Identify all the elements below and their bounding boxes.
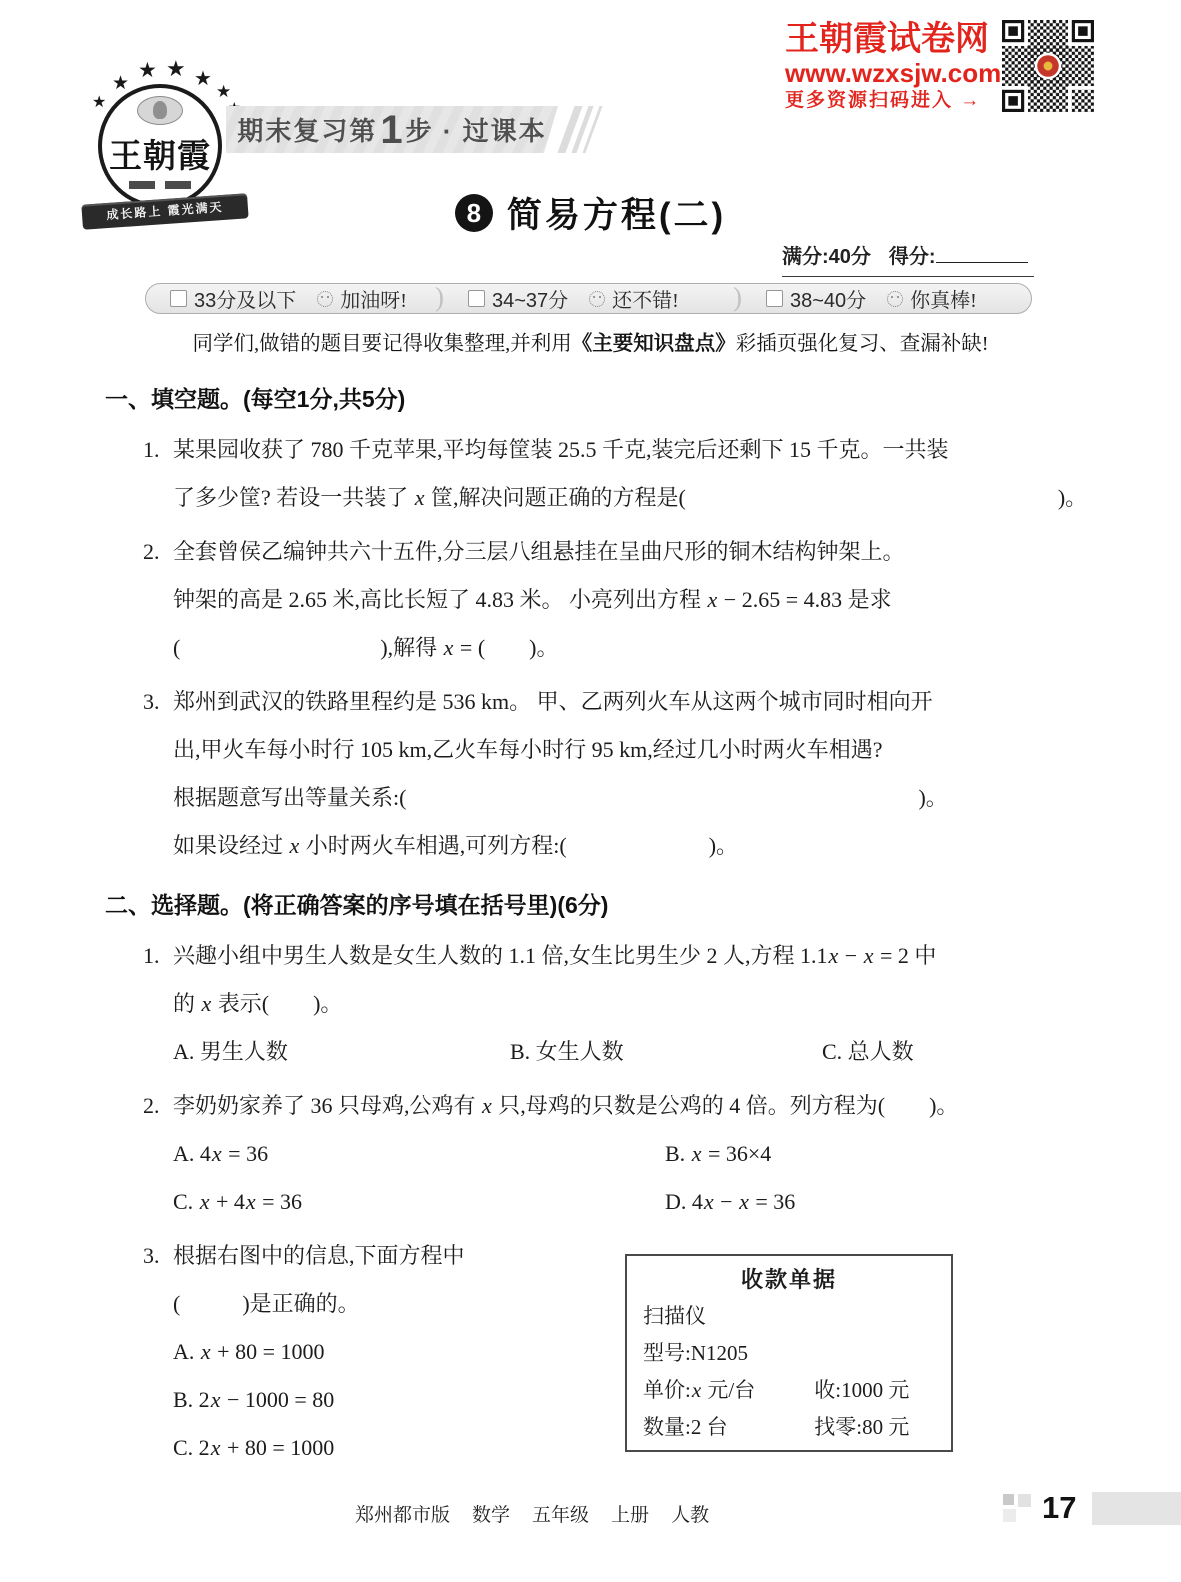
receipt-title: 收款单据: [643, 1262, 935, 1298]
footer-part: 人教: [671, 1505, 709, 1526]
page-number: 17: [1042, 1490, 1076, 1526]
star-icon: [194, 66, 212, 91]
question-s2-3: 3. 根据右图中的信息,下面方程中 ()是正确的。 A. x + 80 = 10…: [105, 1232, 1065, 1472]
question-line: 出,甲火车每小时行 105 km,乙火车每小时行 95 km,经过几小时两火车相…: [173, 726, 1065, 774]
receipt-card: 收款单据 扫描仪 型号:N1205 单价:x 元/台 收:1000 元 数量:2…: [625, 1254, 953, 1452]
site-name: 王朝霞试卷网: [785, 20, 995, 58]
receipt-row: 数量:2 台 找零:80 元: [643, 1409, 935, 1446]
score-range-label: 38~40分: [790, 284, 866, 313]
qr-code: [1002, 20, 1094, 112]
option-c: C. x + 4x = 36: [173, 1178, 665, 1226]
site-url: www.wzxsjw.com: [785, 58, 995, 88]
question-s2-2: 2. 李奶奶家养了 36 只母鸡,公鸡有 x 只,母鸡的只数是公鸡的 4 倍。列…: [105, 1082, 1065, 1226]
footer-part: 五年级: [532, 1505, 589, 1526]
question-number: 1.: [143, 426, 160, 474]
decor-bar: [1092, 1492, 1181, 1525]
star-icon: [92, 92, 106, 112]
question-number: 2.: [143, 1082, 160, 1130]
full-score-label: 满分:40分: [782, 246, 871, 268]
page-number-block: 17: [1000, 1492, 1181, 1528]
receipt-unit-price: 单价:x 元/台: [643, 1372, 809, 1409]
section-1-title: 一、填空题。(每空1分,共5分): [105, 378, 1065, 420]
score-range-label: 33分及以下: [194, 284, 296, 313]
score-range-label: 34~37分: [492, 284, 568, 313]
score-range-item: 38~40分 你真棒!: [742, 284, 1031, 313]
question-content: 一、填空题。(每空1分,共5分) 1. 某果园收获了 780 千克苹果,平均每筐…: [105, 378, 1065, 1478]
question-line: 李奶奶家养了 36 只母鸡,公鸡有 x 只,母鸡的只数是公鸡的 4 倍。列方程为…: [173, 1082, 1065, 1130]
option-a: A. 4x = 36: [173, 1130, 665, 1178]
face-icon: [317, 291, 333, 307]
question-line: 兴趣小组中男生人数是女生人数的 1.1 倍,女生比男生少 2 人,方程 1.1x…: [173, 932, 1065, 980]
question-s1-3: 3. 郑州到武汉的铁路里程约是 536 km。 甲、乙两列火车从这两个城市同时相…: [105, 678, 1065, 870]
segment-divider: [435, 282, 444, 313]
question-number: 1.: [143, 932, 160, 980]
question-line: 全套曾侯乙编钟共六十五件,分三层八组悬挂在呈曲尺形的铜木结构钟架上。: [173, 528, 1065, 576]
scan-hint: 更多资源扫码进入 →: [785, 88, 995, 114]
question-number: 3.: [143, 1232, 160, 1280]
segment-divider: [733, 282, 742, 313]
praise-label: 加油呀!: [340, 284, 407, 313]
receipt-change: 找零:80 元: [814, 1415, 909, 1439]
question-number: 2.: [143, 528, 160, 576]
question-line: 的 x 表示()。: [173, 980, 1065, 1028]
score-line: 满分:40分得分:: [782, 240, 1034, 277]
footer-part: 郑州都市版: [355, 1505, 450, 1526]
logo-title: 王朝霞: [102, 130, 218, 177]
score-range-checkbox[interactable]: [766, 290, 783, 307]
exam-page: 王朝霞 成长路上 霞光满天 期末复习第 1 步 · 过课本 王朝霞试卷网 www…: [0, 0, 1181, 1582]
question-number: 3.: [143, 678, 160, 726]
option-b: B. 女生人数: [510, 1028, 822, 1076]
star-icon: [166, 56, 186, 82]
praise-label: 你真棒!: [910, 284, 977, 313]
question-s1-1: 1. 某果园收获了 780 千克苹果,平均每筐装 25.5 千克,装完后还剩下 …: [105, 426, 1065, 522]
options-row: C. x + 4x = 36 D. 4x − x = 36: [173, 1178, 1065, 1226]
question-line: 根据题意写出等量关系:()。: [173, 774, 1065, 822]
decor-square: [1003, 1509, 1016, 1522]
question-line: 郑州到武汉的铁路里程约是 536 km。 甲、乙两列火车从这两个城市同时相向开: [173, 678, 1065, 726]
score-range-checkbox[interactable]: [468, 290, 485, 307]
banner-text: 步 · 过课本: [406, 111, 547, 148]
option-d: D. 4x − x = 36: [665, 1178, 795, 1226]
question-line: 某果园收获了 780 千克苹果,平均每筐装 25.5 千克,装完后还剩下 15 …: [173, 426, 1065, 474]
star-icon: [138, 58, 157, 83]
decor-square: [1003, 1494, 1014, 1505]
score-range-bar: 33分及以下 加油呀! 34~37分 还不错! 38~40分 你真棒!: [145, 283, 1032, 314]
question-line: 如果设经过 x 小时两火车相遇,可列方程:()。: [173, 822, 1065, 870]
options-row: A. 男生人数 B. 女生人数 C. 总人数: [173, 1028, 1065, 1076]
score-range-item: 34~37分 还不错!: [444, 284, 733, 313]
score-range-item: 33分及以下 加油呀!: [146, 284, 435, 313]
star-icon: [216, 82, 231, 102]
option-b: B. x = 36×4: [665, 1130, 771, 1178]
receipt-product: 扫描仪: [643, 1298, 935, 1335]
footer-part: 上册: [611, 1505, 649, 1526]
unit-title: 8 简易方程(二): [0, 190, 1181, 236]
options-row: A. 4x = 36 B. x = 36×4: [173, 1130, 1065, 1178]
portrait-icon: [137, 96, 183, 125]
receipt-quantity: 数量:2 台: [643, 1409, 809, 1446]
unit-title-text: 简易方程(二): [507, 188, 726, 238]
question-line: (),解得 x = ()。: [173, 624, 1065, 672]
score-blank: [936, 245, 1028, 263]
question-s1-2: 2. 全套曾侯乙编钟共六十五件,分三层八组悬挂在呈曲尺形的铜木结构钟架上。 钟架…: [105, 528, 1065, 672]
question-s2-1: 1. 兴趣小组中男生人数是女生人数的 1.1 倍,女生比男生少 2 人,方程 1…: [105, 932, 1065, 1076]
score-label: 得分:: [889, 246, 936, 268]
option-c: C. 总人数: [822, 1028, 914, 1076]
question-line: 了多少筐? 若设一共装了 x 筐,解决问题正确的方程是()。: [173, 474, 1065, 522]
question-line: 钟架的高是 2.65 米,高比长短了 4.83 米。 小亮列出方程 x − 2.…: [173, 576, 1065, 624]
site-brand-block: 王朝霞试卷网 www.wzxsjw.com 更多资源扫码进入 →: [785, 20, 995, 114]
receipt-model: 型号:N1205: [643, 1335, 935, 1372]
step-banner: 期末复习第 1 步 · 过课本: [226, 106, 558, 153]
face-icon: [887, 291, 903, 307]
star-icon: [112, 72, 129, 95]
option-a: A. 男生人数: [173, 1028, 510, 1076]
section-2-title: 二、选择题。(将正确答案的序号填在括号里)(6分): [105, 884, 1065, 926]
praise-label: 还不错!: [612, 284, 679, 313]
score-range-checkbox[interactable]: [170, 290, 187, 307]
unit-number-badge: 8: [455, 194, 493, 232]
banner-text: 期末复习第: [237, 111, 377, 148]
footer-part: 数学: [472, 1505, 510, 1526]
receipt-received: 收:1000 元: [814, 1378, 909, 1402]
notice-text: 同学们,做错的题目要记得收集整理,并利用《主要知识盘点》彩插页强化复习、查漏补缺…: [0, 326, 1181, 356]
banner-step-number: 1: [380, 110, 402, 150]
footer-edition-info: 郑州都市版数学五年级上册人教: [355, 1500, 731, 1527]
decor-square: [1018, 1494, 1031, 1507]
receipt-row: 单价:x 元/台 收:1000 元: [643, 1372, 935, 1409]
face-icon: [589, 291, 605, 307]
